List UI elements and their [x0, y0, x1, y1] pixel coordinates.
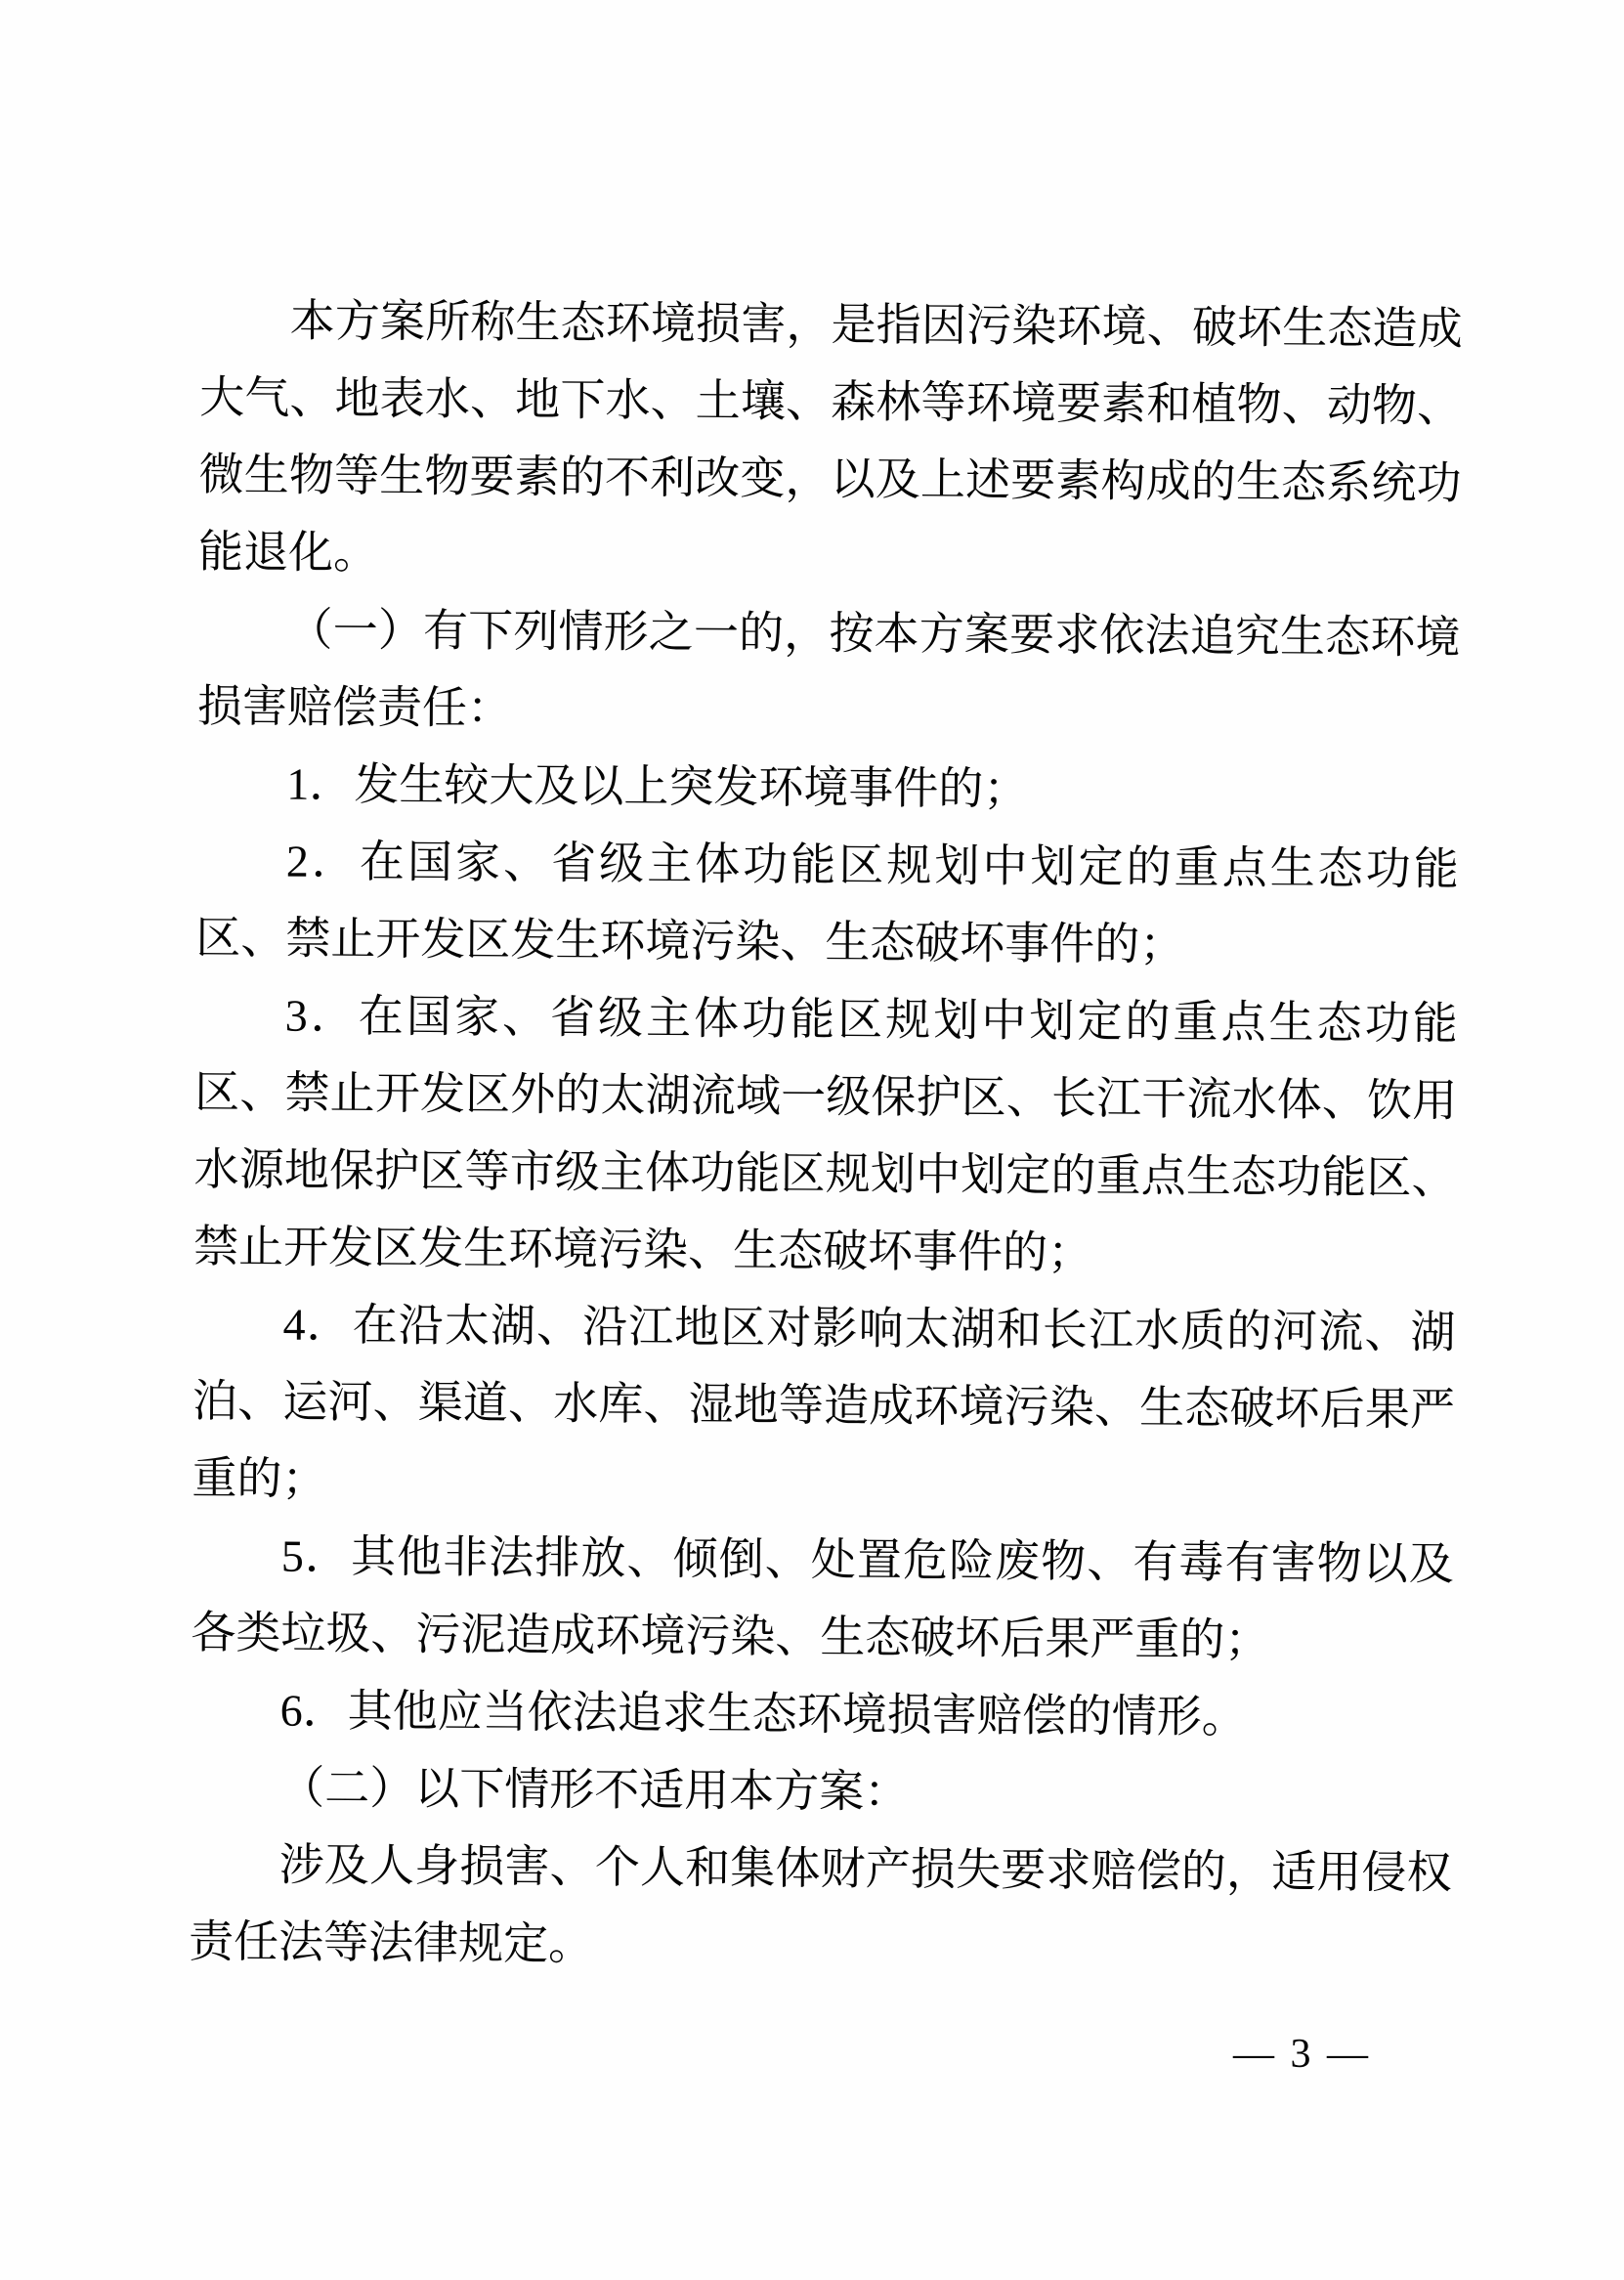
document-page: 本方案所称生态环境损害，是指因污染环境、破坏生态造成大气、地表水、地下水、土壤、… [0, 0, 1624, 2280]
para-definition: 本方案所称生态环境损害，是指因污染环境、破坏生态造成大气、地表水、地下水、土壤、… [198, 281, 1463, 599]
list-item-2: 2．在国家、省级主体功能区规划中划定的重点生态功能区、禁止开发区发生环境污染、生… [195, 822, 1459, 985]
list-item-3: 3．在国家、省级主体功能区规划中划定的重点生态功能区、禁止开发区外的太湖流域一级… [193, 976, 1458, 1294]
section-1-heading: （一）有下列情形之一的，按本方案要求依法追究生态环境损害赔偿责任： [197, 590, 1461, 753]
list-item-5: 5．其他非法排放、倾倒、处置危险废物、有毒有害物以及各类垃圾、污泥造成环境污染、… [191, 1517, 1454, 1680]
section-2-heading: （二）以下情形不适用本方案： [190, 1748, 1453, 1834]
page-number: — 3 — [1233, 2031, 1371, 2078]
section-2-body: 涉及人身损害、个人和集体财产损失要求赔偿的，适用侵权责任法等法律规定。 [189, 1826, 1452, 1989]
list-item-6: 6．其他应当依法追求生态环境损害赔偿的情形。 [191, 1671, 1454, 1757]
document-body: 本方案所称生态环境损害，是指因污染环境、破坏生态造成大气、地表水、地下水、土壤、… [189, 281, 1463, 1989]
list-item-1: 1．发生较大及以上突发环境事件的； [196, 745, 1460, 831]
list-item-4: 4．在沿太湖、沿江地区对影响太湖和长江水质的河流、湖泊、运河、渠道、水库、湿地等… [192, 1285, 1456, 1526]
